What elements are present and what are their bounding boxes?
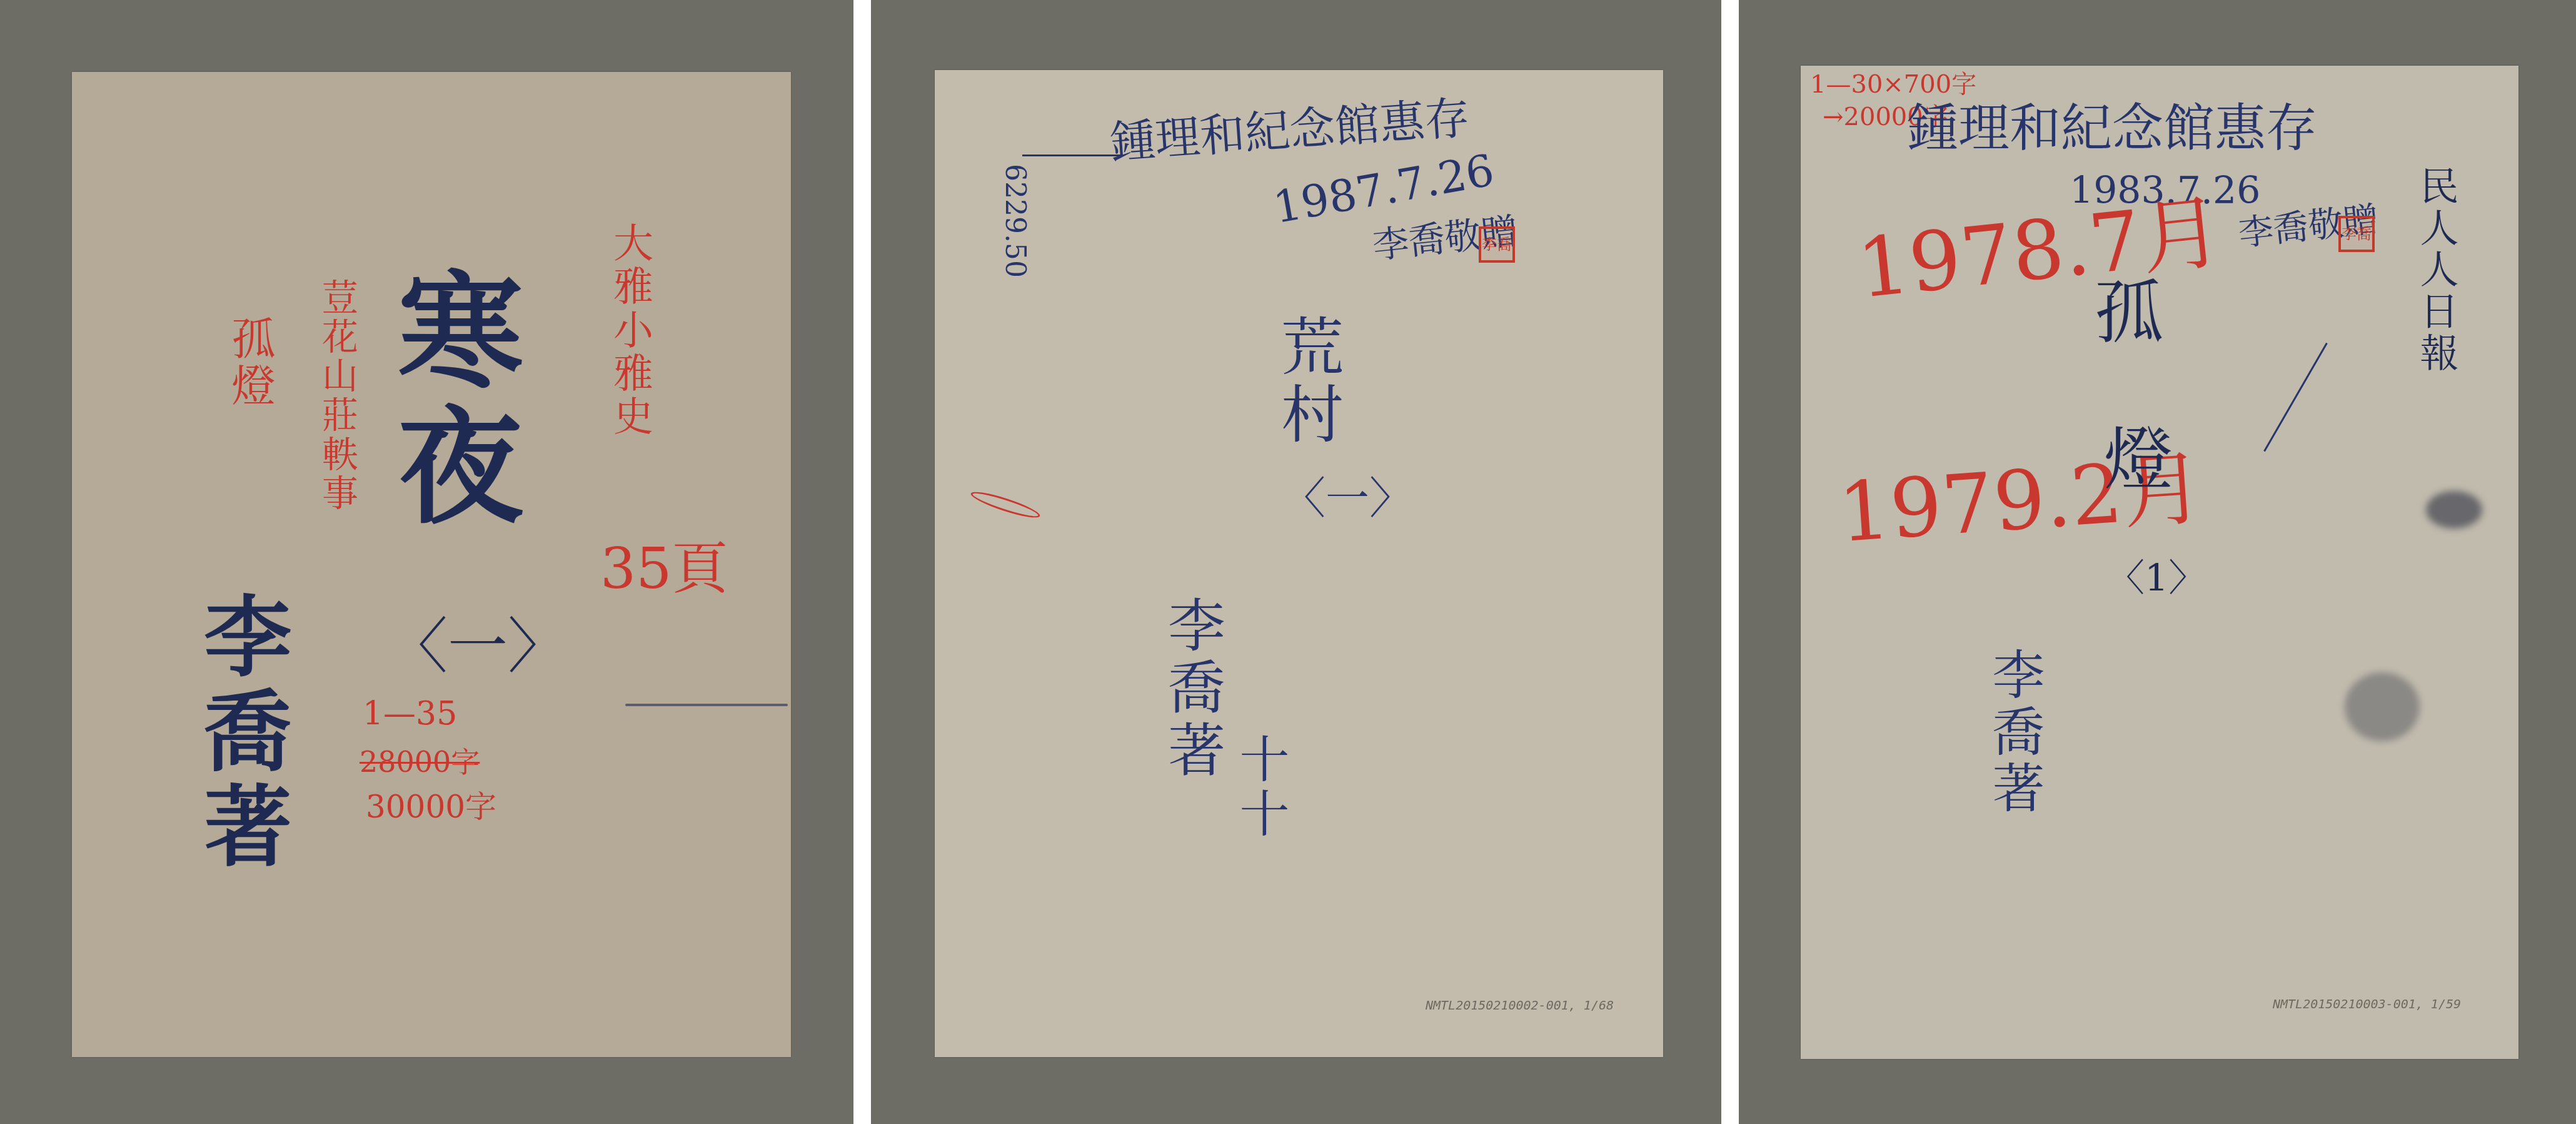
manuscript-part: 〈1〉 [2107, 560, 2206, 597]
archive-id-label: NMTL20150210003-001, 1/59 [2273, 998, 2461, 1010]
manuscript-title-second-char: 燈 [2104, 425, 2173, 494]
ink-smudge [2345, 672, 2420, 741]
red-note-gudeng: 孤燈 [228, 316, 272, 410]
red-date-start: 1978.7月 [1854, 191, 2226, 310]
manuscript-cover-huangcun: 鍾理和紀念館惠存 1987.7.26 李喬敬贈 李喬 6229.50 荒村 〈一… [935, 70, 1663, 1057]
red-seal-stamp: 李喬 [1479, 226, 1515, 263]
panel-divider-1 [853, 0, 871, 1124]
pen-stroke [2263, 343, 2328, 452]
manuscript-cover-gudeng: 1—30×700字 →20000字 鍾理和紀念館惠存 1983.7.26 李喬敬… [1801, 66, 2518, 1059]
margin-mark: 十十 [1235, 733, 1285, 841]
blue-underline-mark [625, 704, 788, 706]
red-note-page-range: 1—35 [363, 697, 457, 730]
side-catalog-number: 6229.50 [1001, 164, 1029, 278]
red-note-page-count: 35頁 [600, 541, 728, 597]
red-note-douhua-shanzhuang: 荳花山莊軼事 [319, 278, 355, 514]
dedication-header: 鍾理和紀念館惠存 [1907, 103, 2317, 154]
archive-id-label: NMTL20150210002-001, 1/68 [1426, 999, 1614, 1011]
red-note-wordcount-calc: 1—30×700字 [1810, 72, 1976, 97]
red-note-wordcount: 30000字 [366, 791, 496, 823]
panel-divider-2 [1721, 0, 1739, 1124]
publisher-note-renmin-ribao: 民人人日報 [2417, 166, 2455, 375]
dedication-header: 鍾理和紀念館惠存 [1109, 95, 1471, 165]
red-note-struck-wordcount: 28000字 [360, 747, 480, 776]
red-note-daya-xiaoya: 大雅小雅史 [610, 222, 650, 438]
manuscript-part: 〈一〉 [1282, 477, 1413, 520]
manuscript-part: 〈一〉 [388, 616, 568, 676]
red-seal-stamp: 李喬 [2338, 216, 2375, 252]
manuscript-title: 寒夜 [388, 266, 513, 536]
pen-line [1022, 154, 1122, 156]
author-name: 李喬著 [197, 591, 284, 875]
ink-stain [2426, 491, 2482, 529]
manuscript-cover-hanye: 大雅小雅史 35頁 荳花山莊軼事 孤燈 1—35 28000字 30000字 寒… [72, 72, 791, 1057]
red-scribble [969, 488, 1042, 522]
author-name: 李喬著 [1163, 595, 1220, 782]
author-name: 李喬著 [1988, 647, 2041, 818]
manuscript-title: 荒村 [1275, 314, 1338, 449]
manuscript-title: 孤 [2095, 278, 2163, 347]
